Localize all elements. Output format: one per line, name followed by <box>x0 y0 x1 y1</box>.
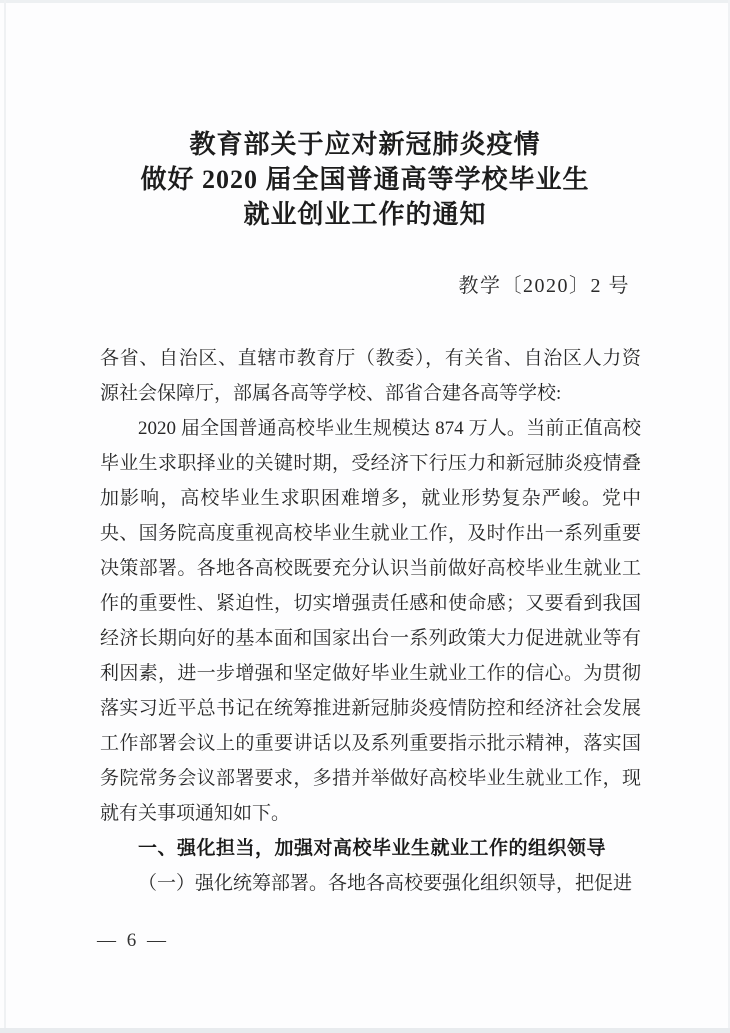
document-body: 各省、自治区、直辖市教育厅（教委），有关省、自治区人力资源社会保障厅，部属各高等… <box>100 341 641 901</box>
scan-edge-bottom <box>0 1028 730 1033</box>
title-line-1: 教育部关于应对新冠肺炎疫情 <box>0 127 730 162</box>
scanned-document-page: 教育部关于应对新冠肺炎疫情 做好 2020 届全国普通高等学校毕业生 就业创业工… <box>0 0 730 1033</box>
salutation-paragraph: 各省、自治区、直辖市教育厅（教委），有关省、自治区人力资源社会保障厅，部属各高等… <box>100 341 641 411</box>
intro-paragraph: 2020 届全国普通高校毕业生规模达 874 万人。当前正值高校毕业生求职择业的… <box>100 411 641 831</box>
page-number: — 6 — <box>97 930 169 952</box>
document-number: 教学〔2020〕2 号 <box>100 269 630 298</box>
document-title: 教育部关于应对新冠肺炎疫情 做好 2020 届全国普通高等学校毕业生 就业创业工… <box>0 127 730 232</box>
title-line-2: 做好 2020 届全国普通高等学校毕业生 <box>0 162 730 197</box>
scan-edge-top <box>0 0 730 3</box>
section-heading: 一、强化担当，加强对高校毕业生就业工作的组织领导 <box>100 831 641 866</box>
subsection-paragraph: （一）强化统筹部署。各地各高校要强化组织领导，把促进 <box>100 866 641 901</box>
title-line-3: 就业创业工作的通知 <box>0 197 730 232</box>
